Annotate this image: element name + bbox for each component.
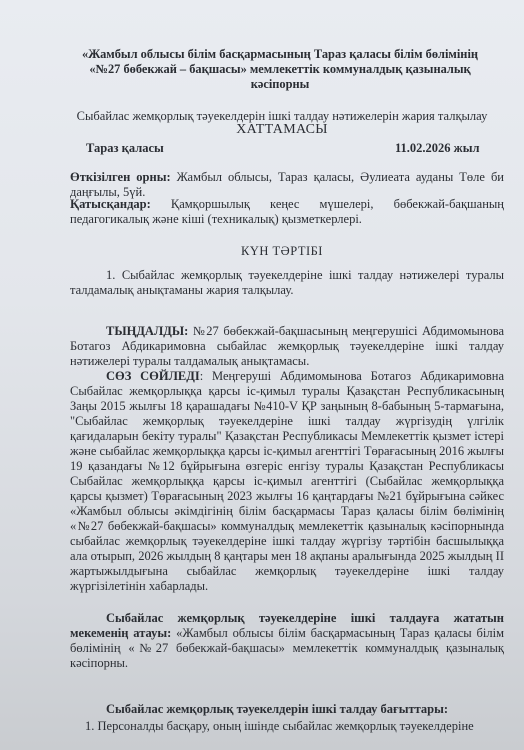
document-page: «Жамбыл облысы білім басқармасының Тараз… xyxy=(0,0,524,750)
venue-label: Өткізілген орны: xyxy=(70,170,171,184)
participants-paragraph: Қатысқандар: Қамқоршылық кеңес мүшелері,… xyxy=(70,197,504,227)
header-line-3: кәсіпорны xyxy=(70,77,490,92)
directions-item: 1. Персоналды басқару, оның ішінде сыбай… xyxy=(85,719,505,734)
participants-label: Қатысқандар: xyxy=(70,197,151,211)
institution-paragraph: Сыбайлас жемқорлық тәуекелдеріне ішкі та… xyxy=(70,611,504,671)
spoke-label: СӨЗ СӨЙЛЕДІ xyxy=(106,369,200,383)
header-line-1: «Жамбыл облысы білім басқармасының Тараз… xyxy=(70,47,490,62)
header-line-2: «№27 бөбекжай – бақшасы» мемлекеттік ком… xyxy=(70,62,490,77)
agenda-heading: КҮН ТӘРТІБІ xyxy=(62,244,502,259)
directions-heading: Сыбайлас жемқорлық тәуекелдерін ішкі тал… xyxy=(70,702,504,717)
organization-header: «Жамбыл облысы білім басқармасының Тараз… xyxy=(70,47,490,92)
spoke-paragraph: СӨЗ СӨЙЛЕДІ: Меңгеруші Абдимомынова Бота… xyxy=(70,369,504,594)
venue-paragraph: Өткізілген орны: Жамбыл облысы, Тараз қа… xyxy=(70,170,504,200)
document-title: ХАТТАМАСЫ xyxy=(62,122,502,137)
document-subtitle: Сыбайлас жемқорлық тәуекелдерін ішкі тал… xyxy=(62,109,502,123)
listened-label: ТЫҢДАЛДЫ: xyxy=(106,324,188,338)
date: 11.02.2026 жыл xyxy=(395,141,480,156)
city: Тараз қаласы xyxy=(86,141,164,156)
spoke-text: : Меңгеруші Абдимомынова Ботагоз Абдикар… xyxy=(70,369,504,593)
listened-paragraph: ТЫҢДАЛДЫ: №27 бөбекжай-бақшасының меңгер… xyxy=(70,324,504,369)
agenda-item: 1. Сыбайлас жемқорлық тәуекелдеріне ішкі… xyxy=(70,268,504,298)
